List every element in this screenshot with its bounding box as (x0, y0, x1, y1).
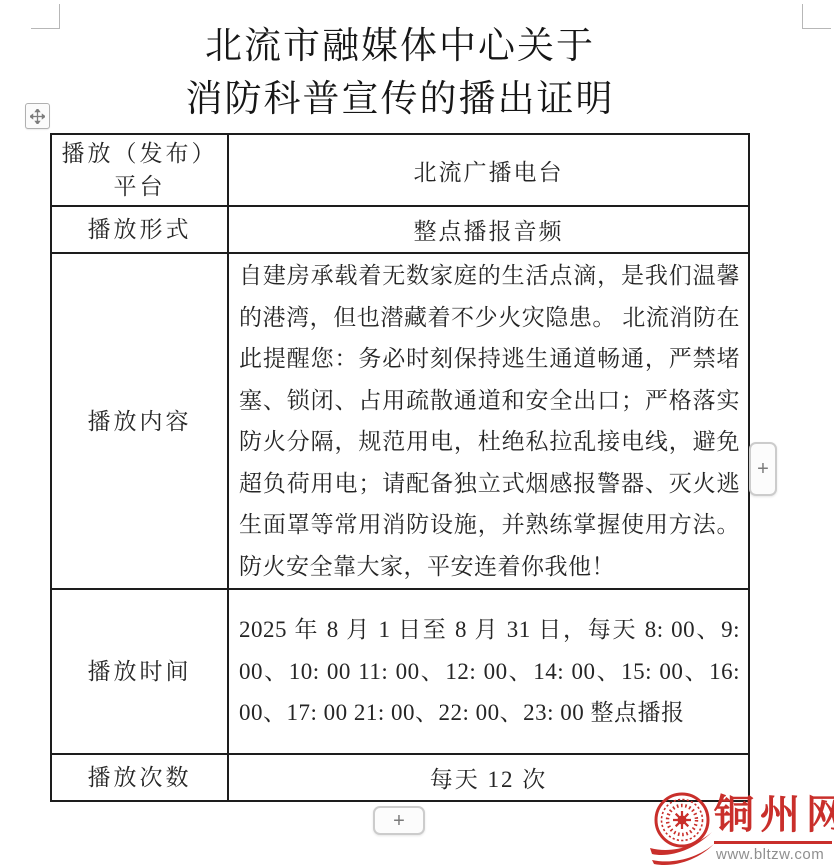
document-title-line1: 北流市融媒体中心关于 (50, 20, 750, 73)
table-row: 播放内容 自建房承载着无数家庭的生活点滴，是我们温馨的港湾，但也潜藏着不少火灾隐… (51, 253, 749, 589)
cell-platform-value[interactable]: 北流广播电台 (228, 134, 749, 206)
document-page: { "title": { "line1": "北流市融媒体中心关于", "lin… (0, 0, 834, 866)
plus-icon: + (757, 459, 769, 479)
site-watermark: 铜州网 www.bltzw.com (638, 788, 834, 866)
seal-icon (648, 790, 714, 866)
table-move-handle[interactable] (25, 103, 50, 129)
cell-time-value[interactable]: 2025 年 8 月 1 日至 8 月 31 日，每天 8: 00、9: 00、… (228, 589, 749, 754)
site-url: www.bltzw.com (716, 846, 824, 863)
document-title-line2: 消防科普宣传的播出证明 (50, 73, 750, 126)
insert-row-button[interactable]: + (373, 806, 425, 835)
cell-content-value[interactable]: 自建房承载着无数家庭的生活点滴，是我们温馨的港湾，但也潜藏着不少火灾隐患。 北流… (228, 253, 749, 589)
broadcast-certificate-table: 播放（发布）平台 北流广播电台 播放形式 整点播报音频 播放内容 自建房承载着无… (50, 133, 750, 802)
cell-platform-label[interactable]: 播放（发布）平台 (51, 134, 228, 206)
cell-format-label[interactable]: 播放形式 (51, 206, 228, 253)
table-row: 播放形式 整点播报音频 (51, 206, 749, 253)
table-row: 播放（发布）平台 北流广播电台 (51, 134, 749, 206)
cell-format-value[interactable]: 整点播报音频 (228, 206, 749, 253)
cell-count-label[interactable]: 播放次数 (51, 754, 228, 801)
site-name-underline (714, 841, 832, 844)
insert-column-button[interactable]: + (749, 442, 777, 496)
cell-content-label[interactable]: 播放内容 (51, 253, 228, 589)
cell-time-label[interactable]: 播放时间 (51, 589, 228, 754)
site-name: 铜州网 (714, 792, 834, 838)
margin-corner-topright (802, 4, 831, 29)
move-icon (30, 109, 45, 124)
plus-icon: + (393, 811, 405, 831)
document-title: 北流市融媒体中心关于 消防科普宣传的播出证明 (50, 20, 750, 126)
table-row: 播放时间 2025 年 8 月 1 日至 8 月 31 日，每天 8: 00、9… (51, 589, 749, 754)
